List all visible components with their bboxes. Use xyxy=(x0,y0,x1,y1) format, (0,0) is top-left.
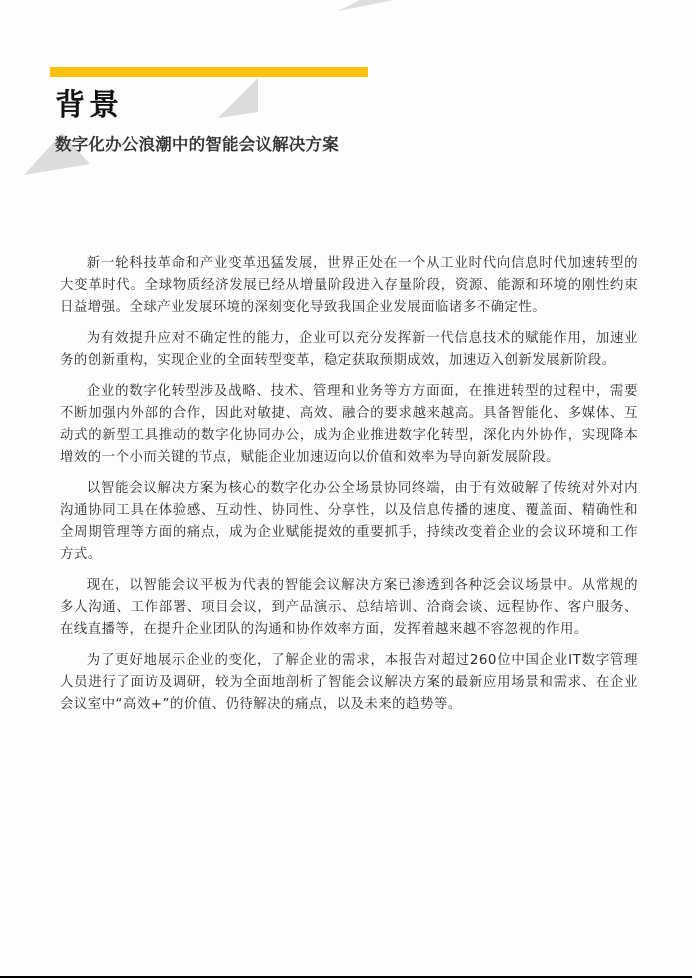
paragraph: 新一轮科技革命和产业变革迅猛发展，世界正处在一个从工业时代向信息时代加速转型的大… xyxy=(60,253,638,319)
body-text: 新一轮科技革命和产业变革迅猛发展，世界正处在一个从工业时代向信息时代加速转型的大… xyxy=(60,253,638,725)
accent-bar xyxy=(50,67,368,77)
paragraph: 企业的数字化转型涉及战略、技术、管理和业务等方方面面，在推进转型的过程中，需要不… xyxy=(60,381,638,469)
decorative-triangle-top xyxy=(330,0,400,14)
paragraph: 以智能会议解决方案为核心的数字化办公全场景协同终端，由于有效破解了传统对外对内沟… xyxy=(60,478,638,566)
page-subtitle: 数字化办公浪潮中的智能会议解决方案 xyxy=(55,133,339,157)
paragraph: 为有效提升应对不确定性的能力，企业可以充分发挥新一代信息技术的赋能作用，加速业务… xyxy=(60,328,638,372)
decorative-triangle-middle xyxy=(210,78,260,124)
paragraph: 为了更好地展示企业的变化，了解企业的需求，本报告对超过260位中国企业IT数字管… xyxy=(60,650,638,716)
page-title: 背景 xyxy=(55,86,123,126)
paragraph: 现在，以智能会议平板为代表的智能会议解决方案已渗透到各种泛会议场景中。从常规的多… xyxy=(60,575,638,641)
